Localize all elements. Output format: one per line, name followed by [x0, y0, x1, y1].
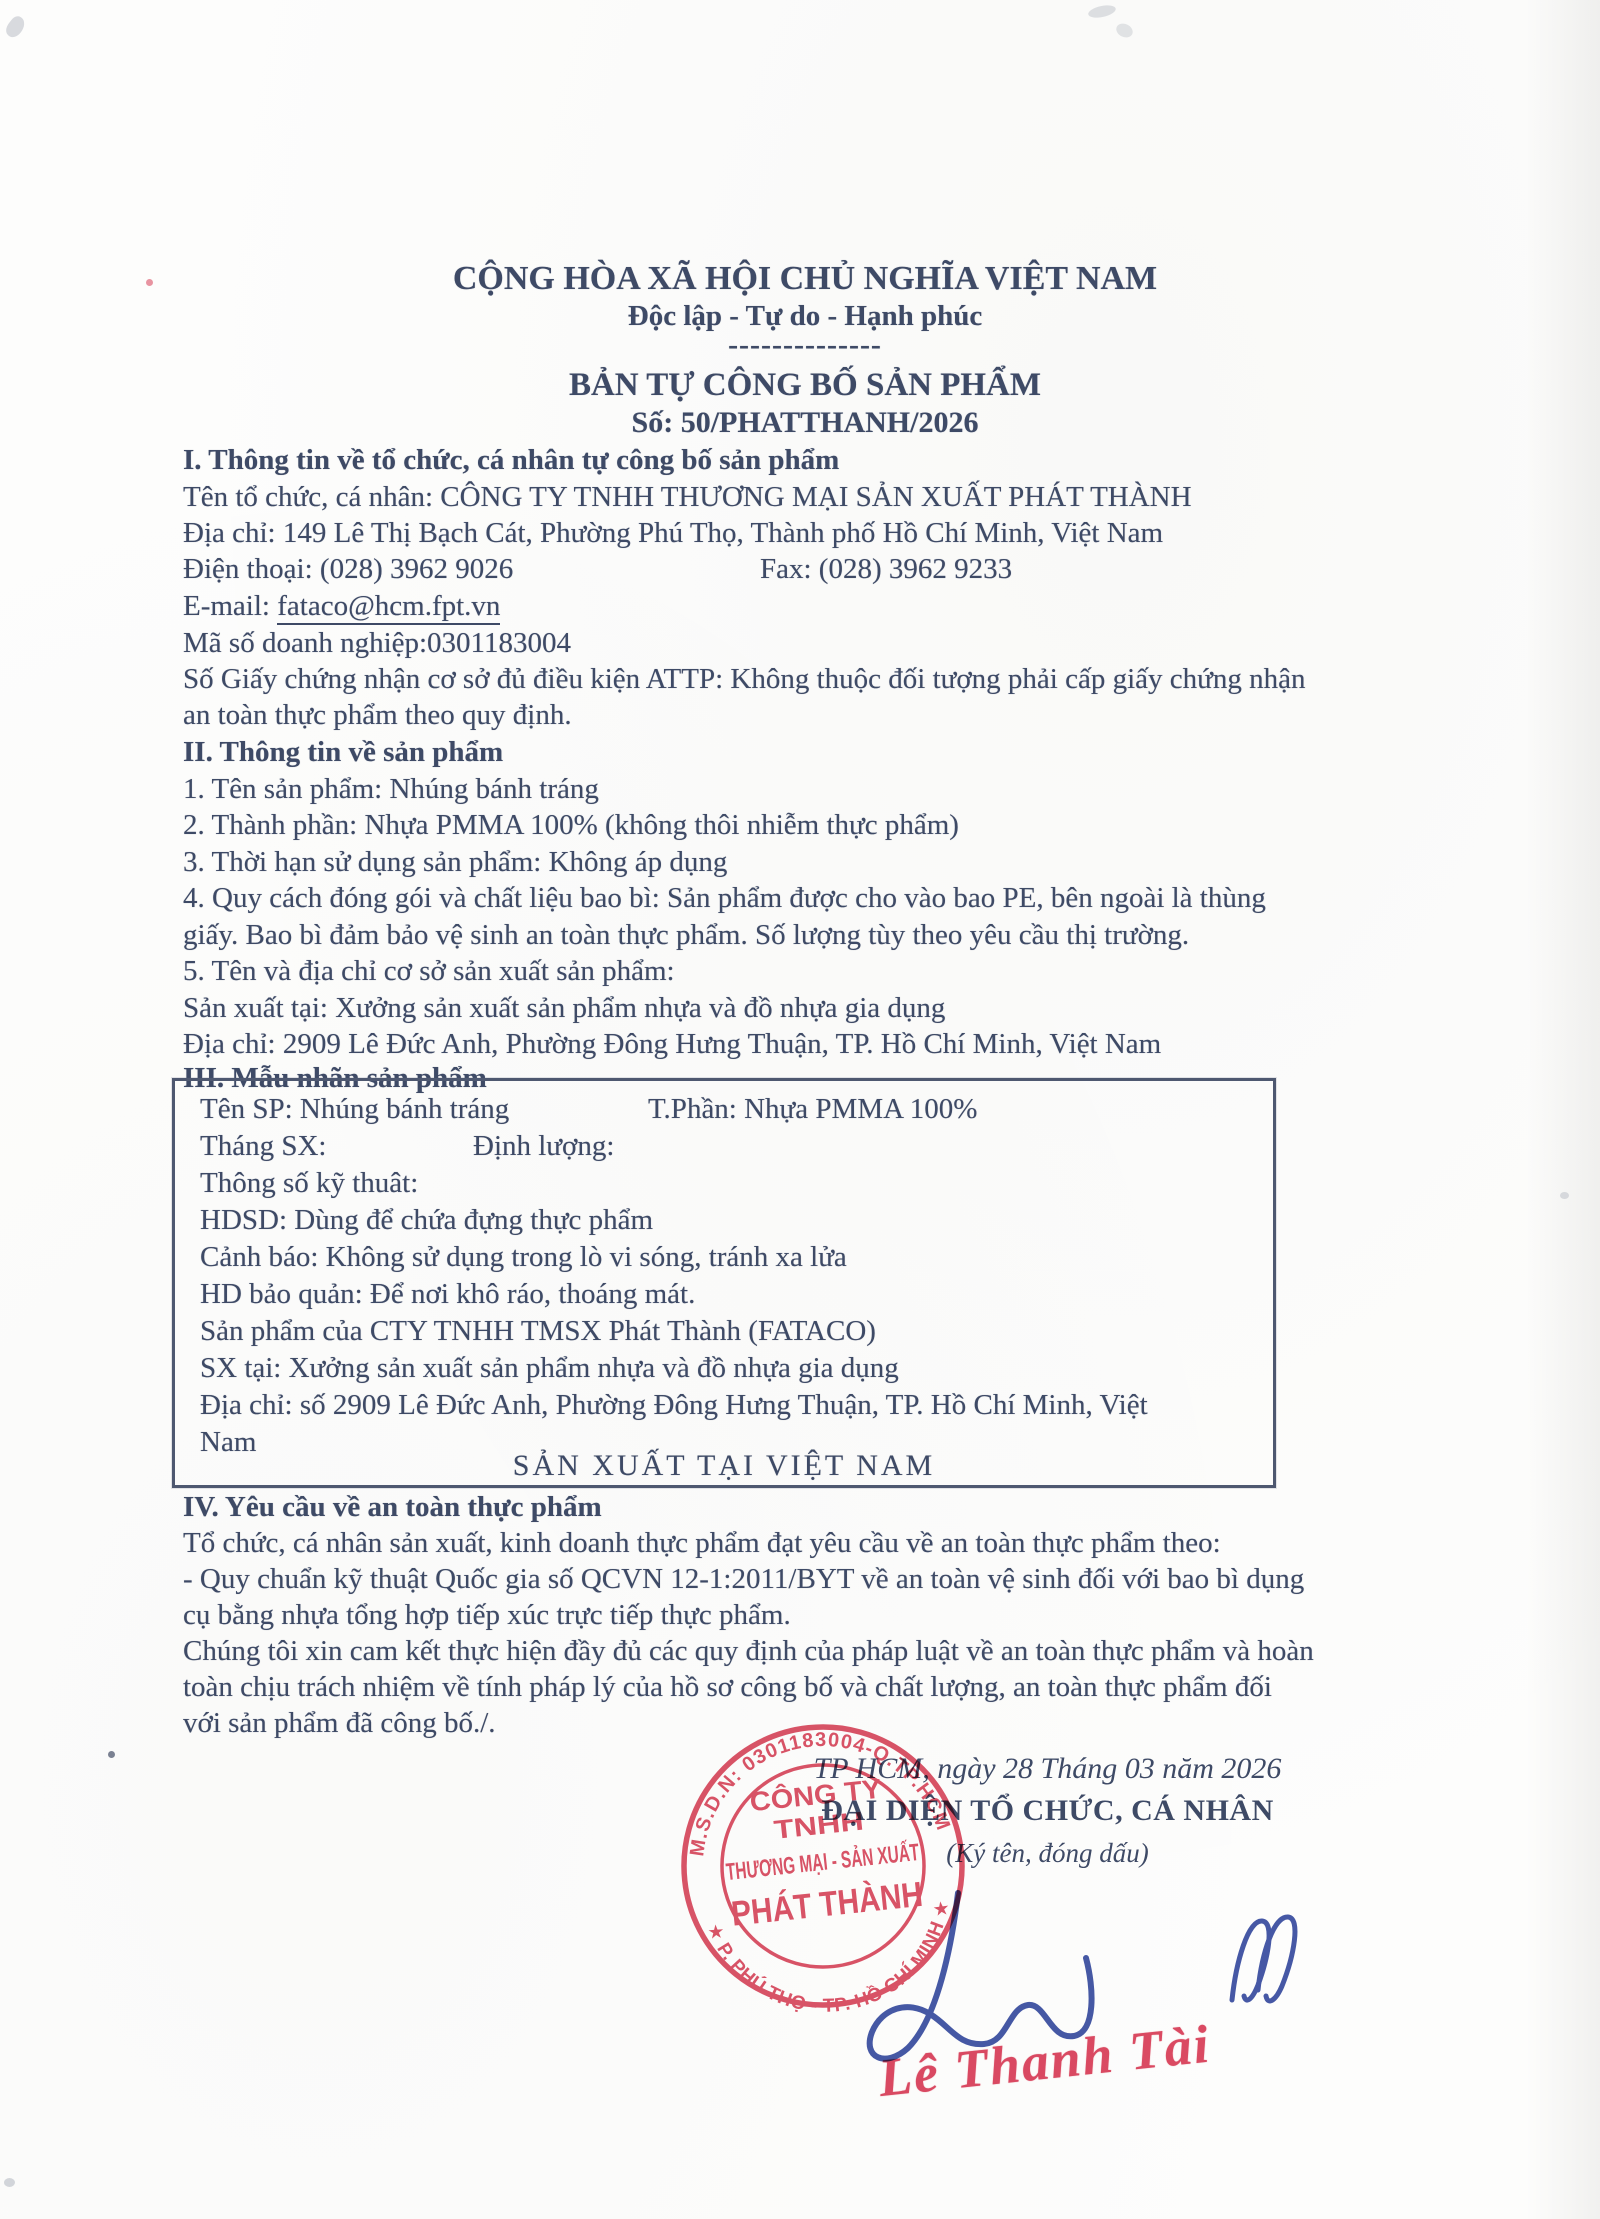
- document-number: Số: 50/PHATTHANH/2026: [185, 406, 1425, 440]
- commitment-line-2: toàn chịu trách nhiệm về tính pháp lý củ…: [183, 1670, 1272, 1704]
- packaging-line-2: giấy. Bao bì đảm bảo vệ sinh an toàn thự…: [183, 918, 1189, 952]
- commitment-line-3: với sản phẩm đã công bố./.: [183, 1706, 496, 1740]
- label-product-name: Tên SP: Nhúng bánh tráng: [200, 1093, 509, 1126]
- label-specs-line: Thông số kỹ thuât:: [200, 1167, 418, 1200]
- label-usage-line: HDSD: Dùng để chứa đựng thực phẩm: [200, 1204, 653, 1237]
- scan-speck: [1114, 21, 1135, 40]
- made-in-vietnam-line: SẢN XUẤT TẠI VIỆT NAM: [175, 1449, 1273, 1483]
- commitment-line-1: Chúng tôi xin cam kết thực hiện đầy đủ c…: [183, 1634, 1314, 1668]
- document-title: BẢN TỰ CÔNG BỐ SẢN PHẨM: [185, 368, 1425, 402]
- factory-address-line: Địa chỉ: 2909 Lê Đức Anh, Phường Đông Hư…: [183, 1027, 1161, 1061]
- org-address-line: Địa chỉ: 149 Lê Thị Bạch Cát, Phường Phú…: [183, 516, 1163, 550]
- label-composition: T.Phần: Nhựa PMMA 100%: [648, 1093, 977, 1126]
- composition-line: 2. Thành phần: Nhựa PMMA 100% (không thô…: [183, 808, 959, 842]
- product-label-box: Tên SP: Nhúng bánh tráng T.Phần: Nhựa PM…: [172, 1078, 1276, 1488]
- factory-name-line: Sản xuất tại: Xưởng sản xuất sản phẩm nh…: [183, 991, 945, 1025]
- label-mfg-month: Tháng SX:: [200, 1130, 326, 1163]
- label-warning-line: Cảnh báo: Không sử dụng trong lò vi sóng…: [200, 1241, 847, 1274]
- header-divider: --------------: [185, 328, 1425, 362]
- scanned-document-page: CỘNG HÒA XÃ HỘI CHỦ NGHĨA VIỆT NAM Độc l…: [0, 0, 1600, 2219]
- attp-certificate-line-1: Số Giấy chứng nhận cơ sở đủ điều kiện AT…: [183, 662, 1306, 696]
- section-4-heading: IV. Yêu cầu về an toàn thực phẩm: [183, 1490, 602, 1524]
- shelf-life-line: 3. Thời hạn sử dụng sản phẩm: Không áp d…: [183, 845, 727, 879]
- email-label: E-mail:: [183, 590, 277, 622]
- label-address-line-1: Địa chỉ: số 2909 Lê Đức Anh, Phường Đông…: [200, 1389, 1148, 1422]
- fax-value: Fax: (028) 3962 9233: [760, 552, 1012, 586]
- scan-speck: [1087, 3, 1117, 20]
- label-company-line: Sản phẩm của CTY TNHH TMSX Phát Thành (F…: [200, 1315, 876, 1348]
- signature-flourish-2: [1258, 1917, 1295, 2001]
- phone-value: Điện thoại: (028) 3962 9026: [183, 553, 513, 585]
- business-code-line: Mã số doanh nghiệp:0301183004: [183, 626, 571, 660]
- safety-line-3: cụ bằng nhựa tổng hợp tiếp xúc trực tiếp…: [183, 1598, 791, 1632]
- phone-fax-line: Điện thoại: (028) 3962 9026 Fax: (028) 3…: [183, 552, 513, 586]
- scan-edge-shading: [1526, 0, 1600, 2219]
- national-title: CỘNG HÒA XÃ HỘI CHỦ NGHĨA VIỆT NAM: [185, 262, 1425, 296]
- section-1-heading: I. Thông tin về tổ chức, cá nhân tự công…: [183, 443, 839, 477]
- email-line: E-mail: fataco@hcm.fpt.vn: [183, 589, 500, 623]
- packaging-line-1: 4. Quy cách đóng gói và chất liệu bao bì…: [183, 881, 1266, 915]
- scan-speck: [1560, 1192, 1569, 1199]
- scan-speck: [146, 279, 153, 286]
- email-address: fataco@hcm.fpt.vn: [277, 590, 500, 625]
- label-storage-line: HD bảo quản: Để nơi khô ráo, thoáng mát.: [200, 1278, 695, 1311]
- scan-speck: [4, 2178, 15, 2187]
- product-name-line: 1. Tên sản phẩm: Nhúng bánh tráng: [183, 772, 599, 806]
- factory-heading-line: 5. Tên và địa chỉ cơ sở sản xuất sản phẩ…: [183, 954, 675, 988]
- label-net-weight: Định lượng:: [473, 1130, 614, 1163]
- attp-certificate-line-2: an toàn thực phẩm theo quy định.: [183, 698, 572, 732]
- scan-speck: [108, 1751, 115, 1758]
- scan-speck: [3, 14, 28, 41]
- safety-line-1: Tổ chức, cá nhân sản xuất, kinh doanh th…: [183, 1526, 1221, 1560]
- section-2-heading: II. Thông tin về sản phẩm: [183, 735, 503, 769]
- org-name-line: Tên tổ chức, cá nhân: CÔNG TY TNHH THƯƠN…: [183, 480, 1192, 514]
- safety-line-2: - Quy chuẩn kỹ thuật Quốc gia số QCVN 12…: [183, 1562, 1304, 1596]
- label-factory-line: SX tại: Xưởng sản xuất sản phẩm nhựa và …: [200, 1352, 899, 1385]
